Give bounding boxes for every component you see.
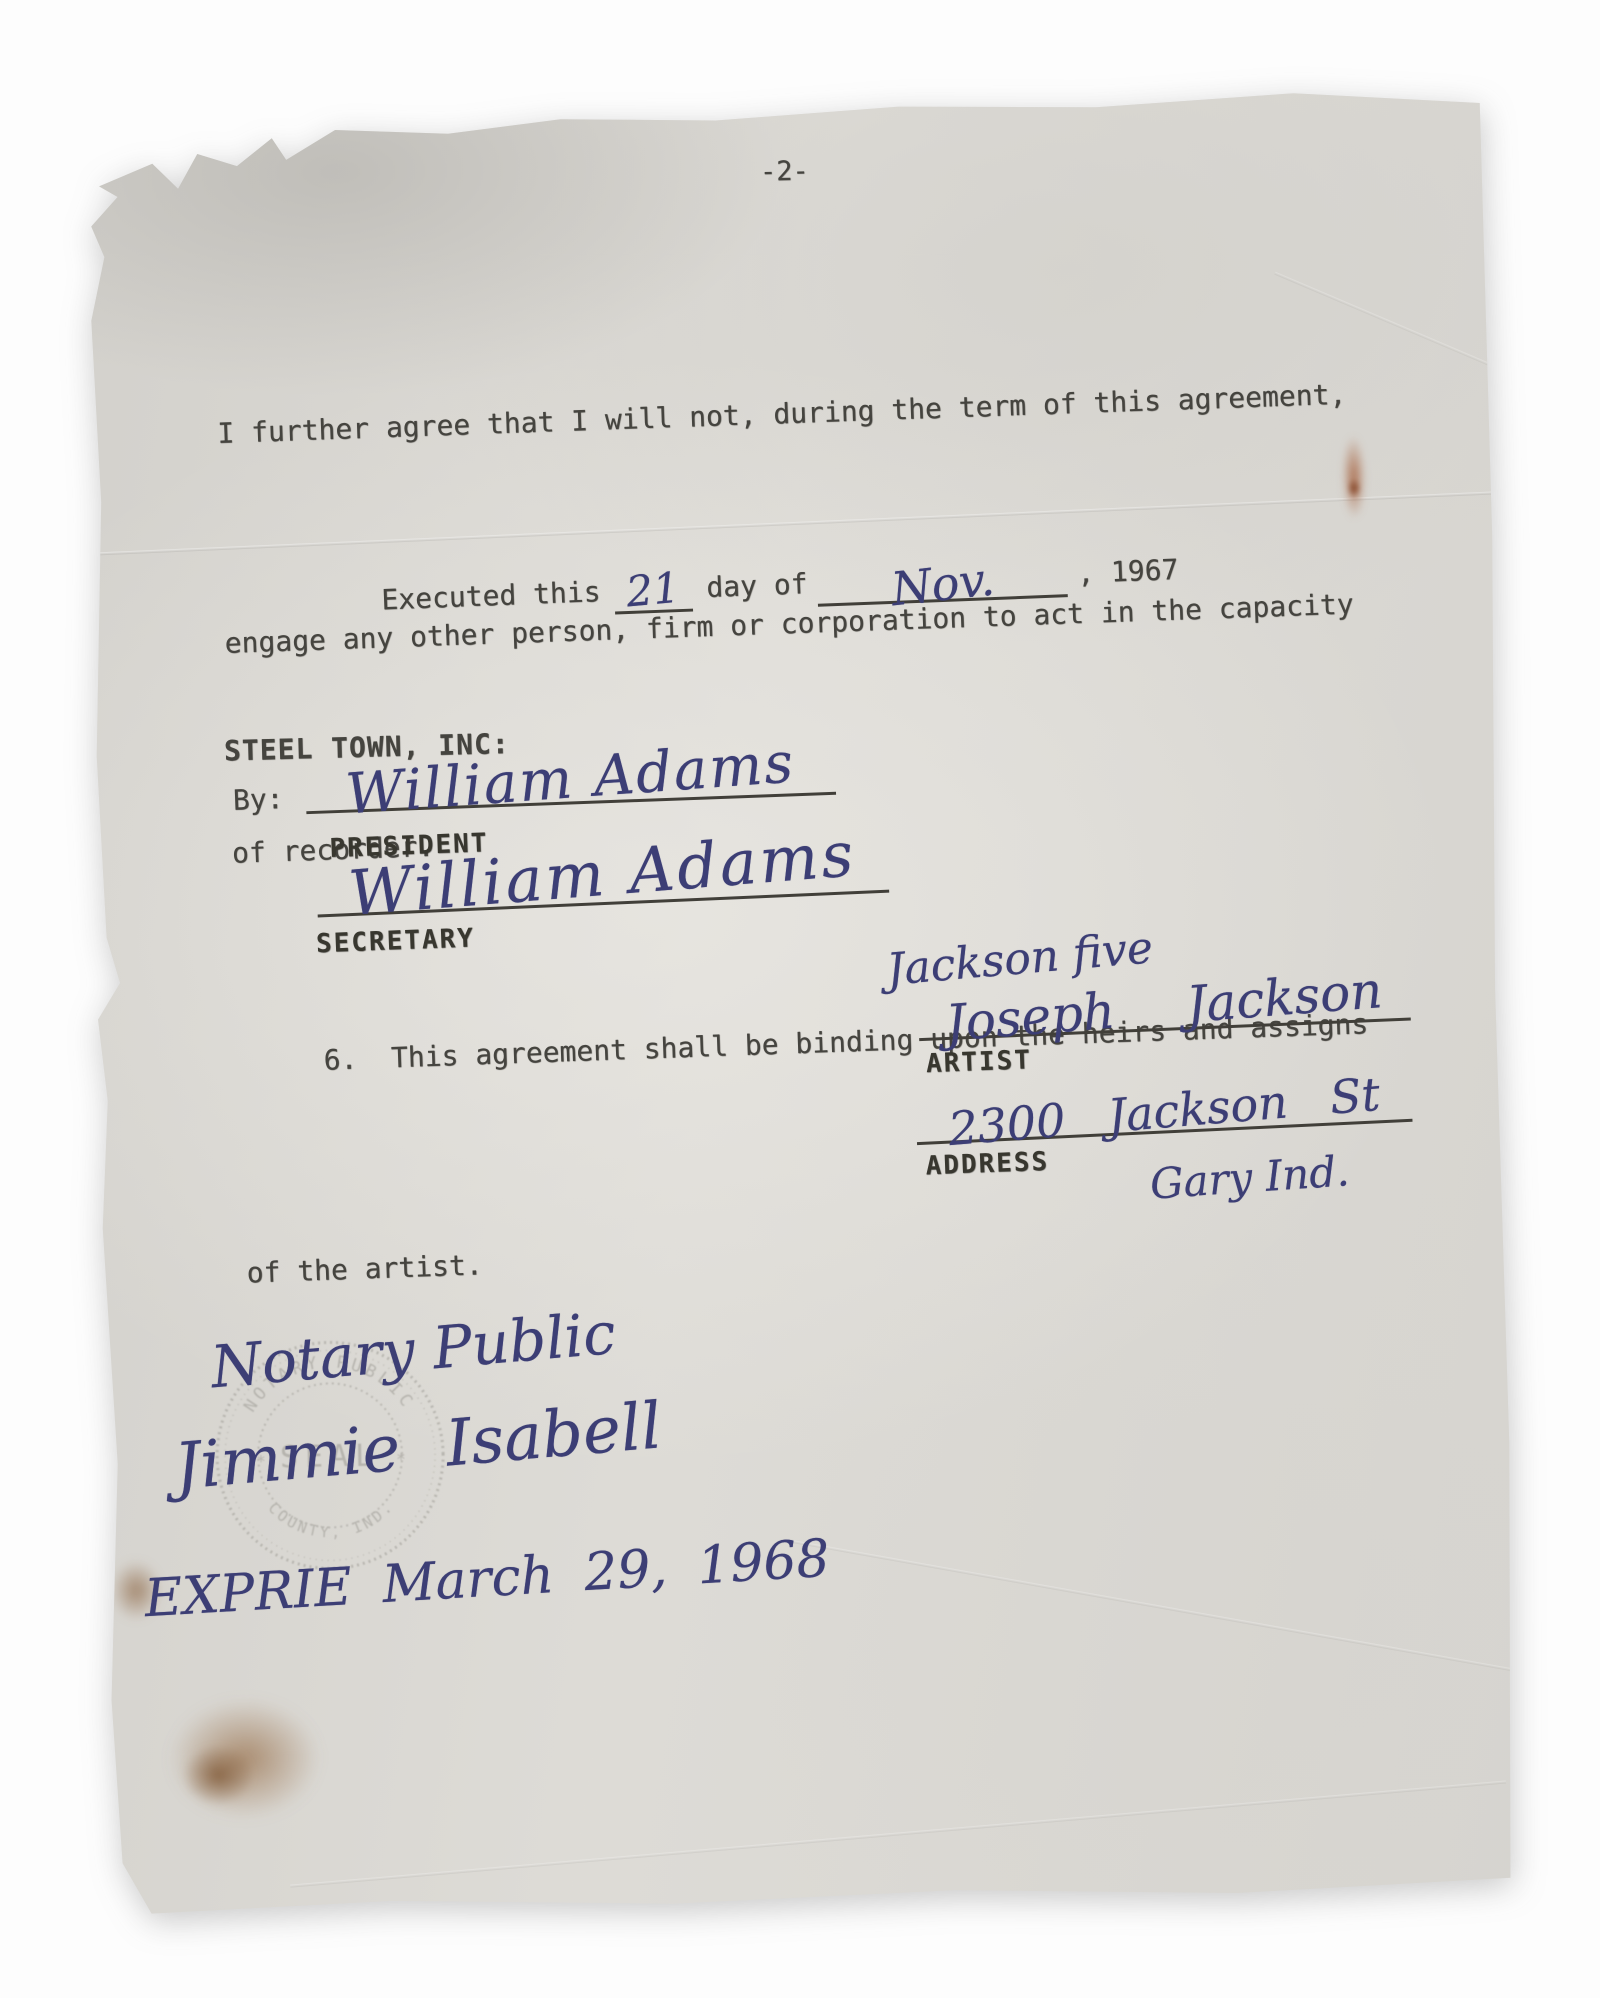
contract-page: NOTARY PUBLIC COUNTY, IND. SEAL * * -2- … (81, 81, 1519, 1918)
executed-day-handwritten: 21 (625, 563, 683, 617)
address-label: ADDRESS (925, 1147, 1050, 1182)
notary-expiry-handwritten: EXPRIE March 29, 1968 (143, 1529, 831, 1630)
executed-month-blank: Nov. (816, 540, 1068, 607)
secretary-label: SECRETARY (316, 923, 476, 959)
scanned-document: NOTARY PUBLIC COUNTY, IND. SEAL * * -2- … (0, 0, 1600, 1998)
artist-label: ARTIST (925, 1045, 1032, 1079)
crease-lower-right (790, 1540, 1539, 1676)
paper-shadow: NOTARY PUBLIC COUNTY, IND. SEAL * * -2- … (0, 0, 1600, 1998)
crease-bottom (290, 1780, 1506, 1887)
body-line: of the artist. (246, 1197, 1448, 1309)
by-label: By: (232, 782, 284, 817)
svg-text:COUNTY, IND.: COUNTY, IND. (264, 1497, 397, 1543)
page-number: -2- (760, 156, 809, 188)
executed-suffix: , 1967 (1076, 547, 1179, 597)
executed-prefix: Executed this (381, 569, 602, 623)
body-line: I further agree that I will not, during … (216, 357, 1418, 469)
stain-brown-large (144, 1677, 346, 1840)
executed-month-handwritten: Nov. (888, 552, 996, 617)
stain-brown-core (173, 1737, 264, 1814)
seal-arc-bottom-text: COUNTY, IND. (264, 1497, 397, 1543)
executed-day-blank: 21 (613, 560, 693, 615)
executed-middle: day of (705, 561, 808, 611)
